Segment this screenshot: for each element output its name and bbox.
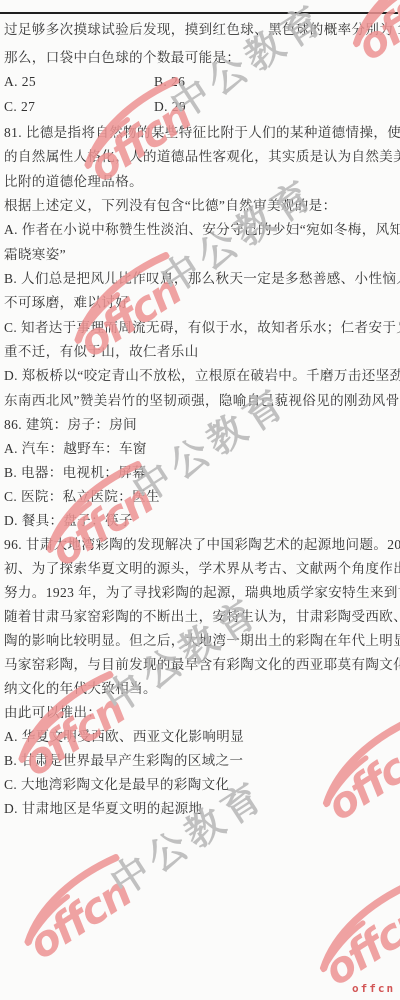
text-line: B. 人们总是把风儿比作叹息，那么秋天一定是多愁善感、小性恼人的姑娘， bbox=[4, 265, 398, 289]
text-line: A. 汽车：越野车：车窗 bbox=[4, 435, 398, 459]
q86: 86. 建筑：房子：房间A. 汽车：越野车：车窗B. 电器：电视机：屏幕C. 医… bbox=[4, 411, 398, 531]
text-line: B. 电器：电视机：屏幕 bbox=[4, 459, 398, 483]
q-top-options: A. 25B. 26C. 27D. 29 bbox=[4, 70, 398, 119]
text-line: A. 作者在小说中称赞生性淡泊、安分守己的少妇“宛如冬梅，风知素韵， bbox=[4, 216, 398, 240]
q81: 81. 比德是指将自然物的某些特征比附于人们的某种道德情操，使自然物的自然属性人… bbox=[4, 119, 398, 411]
offcn-swoosh-icon bbox=[8, 848, 133, 947]
text-line: D. 郑板桥以“咬定青山不放松，立根原在破岩中。千磨万击还坚劲，任尔 bbox=[4, 362, 398, 386]
text-line: 重不迁，有似于山，故仁者乐山 bbox=[4, 338, 398, 362]
text-line: 霜晓寒姿” bbox=[4, 240, 398, 264]
text-line: 过足够多次摸球试验后发现，摸到红色球、黑色球的概率分别为 15%、40%。 bbox=[4, 14, 398, 42]
text-line: 81. 比德是指将自然物的某些特征比附于人们的某种道德情操，使自然物 bbox=[4, 119, 398, 143]
text-line: C. 知者达于事理而周流无碍，有似于水，故知者乐水；仁者安于义理而厚 bbox=[4, 313, 398, 337]
text-line: 根据上述定义，下列没有包含“比德”自然审美观的是： bbox=[4, 192, 398, 216]
text-line: 那么，口袋中白色球的个数最可能是： bbox=[4, 42, 398, 70]
offcn-logo-text: offcn bbox=[20, 868, 139, 969]
q96: 96. 甘肃大地湾彩陶的发现解决了中国彩陶艺术的起源地问题。20 世纪初、为了探… bbox=[4, 531, 398, 819]
text-line: 马家窑彩陶，与目前发现的最早含有彩陶文化的西亚耶莫有陶文化、哈孙 bbox=[4, 651, 398, 675]
q-top-stem: 过足够多次摸球试验后发现，摸到红色球、黑色球的概率分别为 15%、40%。那么，… bbox=[4, 14, 398, 70]
offcn-watermark: offcn bbox=[317, 897, 400, 992]
exam-content: 过足够多次摸球试验后发现，摸到红色球、黑色球的概率分别为 15%、40%。那么，… bbox=[4, 14, 398, 819]
option-row: C. 27D. 29 bbox=[4, 94, 398, 118]
offcn-corner-text: offcn bbox=[352, 982, 395, 995]
text-line: A. 华夏文明受西欧、西亚文化影响明显 bbox=[4, 723, 398, 747]
offcn-swoosh-icon bbox=[303, 874, 400, 973]
text-line: 由此可以推出： bbox=[4, 699, 398, 723]
option-row: A. 25B. 26 bbox=[4, 70, 398, 94]
exam-page: 中公教育offcnoffcn中公教育中公教育offcn中公教育offcn中公教育… bbox=[0, 0, 400, 1000]
text-line: C. 大地湾彩陶文化是最早的彩陶文化 bbox=[4, 771, 398, 795]
text-line: D. 甘肃地区是华夏文明的起源地 bbox=[4, 795, 398, 819]
option-cell: A. 25 bbox=[4, 74, 154, 90]
text-line: 的自然属性人格化，人的道德品性客观化，其实质是认为自然美美在它所 bbox=[4, 143, 398, 167]
text-line: 陶的影响比较明显。但之后，大地湾一期出土的彩陶在年代上明显要早于 bbox=[4, 627, 398, 651]
option-cell: D. 29 bbox=[154, 99, 186, 115]
option-cell: C. 27 bbox=[4, 99, 154, 115]
text-line: B. 甘肃是世界最早产生彩陶的区域之一 bbox=[4, 747, 398, 771]
text-line: C. 医院：私立医院：医生 bbox=[4, 483, 398, 507]
text-line: 随着甘肃马家窑彩陶的不断出土，安特生认为，甘肃彩陶受西欧、西亚彩 bbox=[4, 603, 398, 627]
text-line: D. 餐具：盘子：筷子 bbox=[4, 507, 398, 531]
text-line: 努力。1923 年，为了寻找彩陶的起源，瑞典地质学家安特生来到甘肃。 bbox=[4, 579, 398, 603]
text-line: 96. 甘肃大地湾彩陶的发现解决了中国彩陶艺术的起源地问题。20 世纪 bbox=[4, 531, 398, 555]
text-line: 初、为了探索华夏文明的源头，学术界从考古、文献两个角度作出尝试和 bbox=[4, 555, 398, 579]
option-cell: B. 26 bbox=[154, 74, 185, 90]
text-line: 比附的道德伦理品格。 bbox=[4, 167, 398, 191]
text-line: 东南西北风”赞美岩竹的坚韧顽强，隐喻自己藐视俗见的刚劲风骨 bbox=[4, 386, 398, 410]
text-line: 纳文化的年代大致相当。 bbox=[4, 675, 398, 699]
offcn-logo-watermark: offcn bbox=[317, 897, 400, 992]
offcn-logo-text: offcn bbox=[315, 894, 400, 995]
offcn-logo-watermark: offcn bbox=[22, 871, 137, 966]
text-line: 86. 建筑：房子：房间 bbox=[4, 411, 398, 435]
text-line: 不可琢磨，难以讨好 bbox=[4, 289, 398, 313]
